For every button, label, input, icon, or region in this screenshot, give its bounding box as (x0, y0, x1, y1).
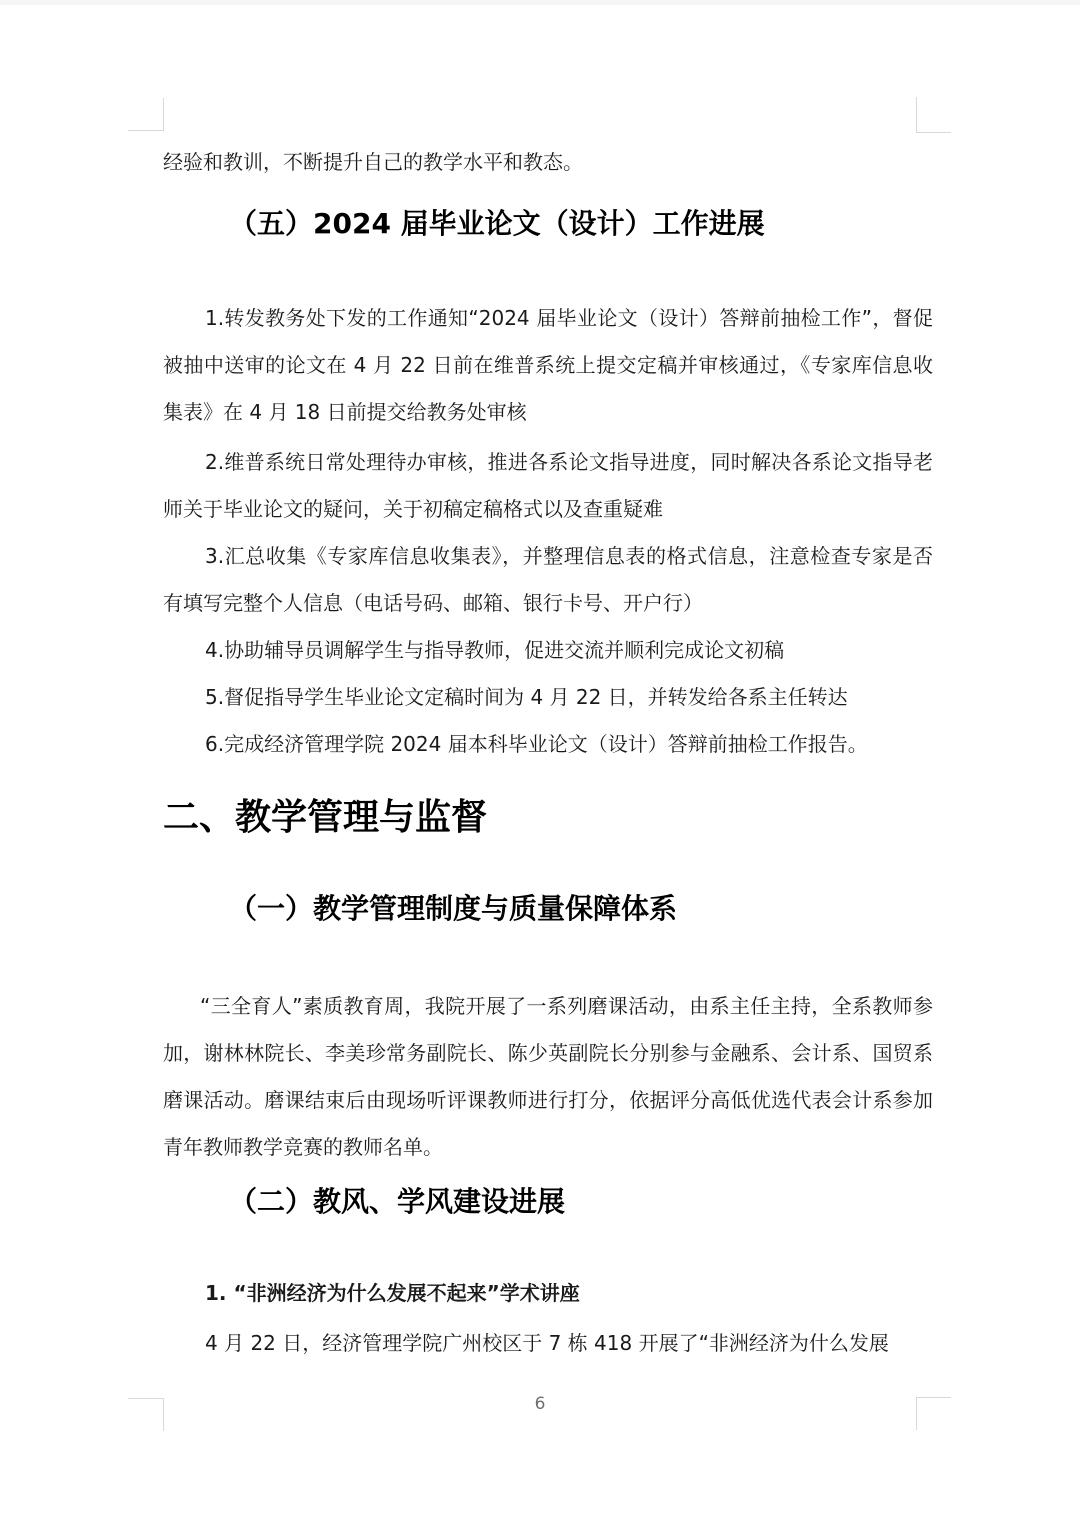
list-item-5: 5.督促指导学生毕业论文定稿时间为 4 月 22 日，并转发给各系主任转达 (163, 674, 933, 721)
list-item-6: 6.完成经济管理学院 2024 届本科毕业论文（设计）答辩前抽检工作报告。 (163, 721, 933, 768)
paragraph-continuation: 经验和教训，不断提升自己的教学水平和教态。 (163, 139, 933, 186)
list-item-4: 4.协助辅导员调解学生与指导教师，促进交流并顺利完成论文初稿 (163, 627, 933, 674)
page-number: 6 (0, 1392, 1080, 1416)
document-body: 经验和教训，不断提升自己的教学水平和教态。 （五）2024 届毕业论文（设计）工… (163, 0, 933, 1367)
list-item-1: 1.转发教务处下发的工作通知“2024 届毕业论文（设计）答辩前抽检工作”，督促… (163, 295, 933, 436)
heading-section-2-1: （一）教学管理制度与质量保障体系 (163, 891, 933, 927)
lecture-item-body: 4 月 22 日，经济管理学院广州校区于 7 栋 418 开展了“非洲经济为什么… (163, 1320, 933, 1367)
lecture-item-title: 1. “非洲经济为什么发展不起来”学术讲座 (163, 1270, 933, 1317)
heading-section-2-2: （二）教风、学风建设进展 (163, 1184, 933, 1220)
document-page: 经验和教训，不断提升自己的教学水平和教态。 （五）2024 届毕业论文（设计）工… (0, 0, 1080, 1526)
heading-chapter-2: 二、教学管理与监督 (163, 796, 933, 840)
heading-section-5: （五）2024 届毕业论文（设计）工作进展 (163, 206, 933, 242)
list-item-2: 2.维普系统日常处理待办审核，推进各系论文指导进度，同时解决各系论文指导老师关于… (163, 439, 933, 533)
list-item-3: 3.汇总收集《专家库信息收集表》，并整理信息表的格式信息，注意检查专家是否有填写… (163, 533, 933, 627)
crop-mark-top-left (128, 98, 164, 131)
paragraph-quality-education-week: “三全育人”素质教育周，我院开展了一系列磨课活动，由系主任主持，全系教师参加，谢… (163, 983, 933, 1171)
